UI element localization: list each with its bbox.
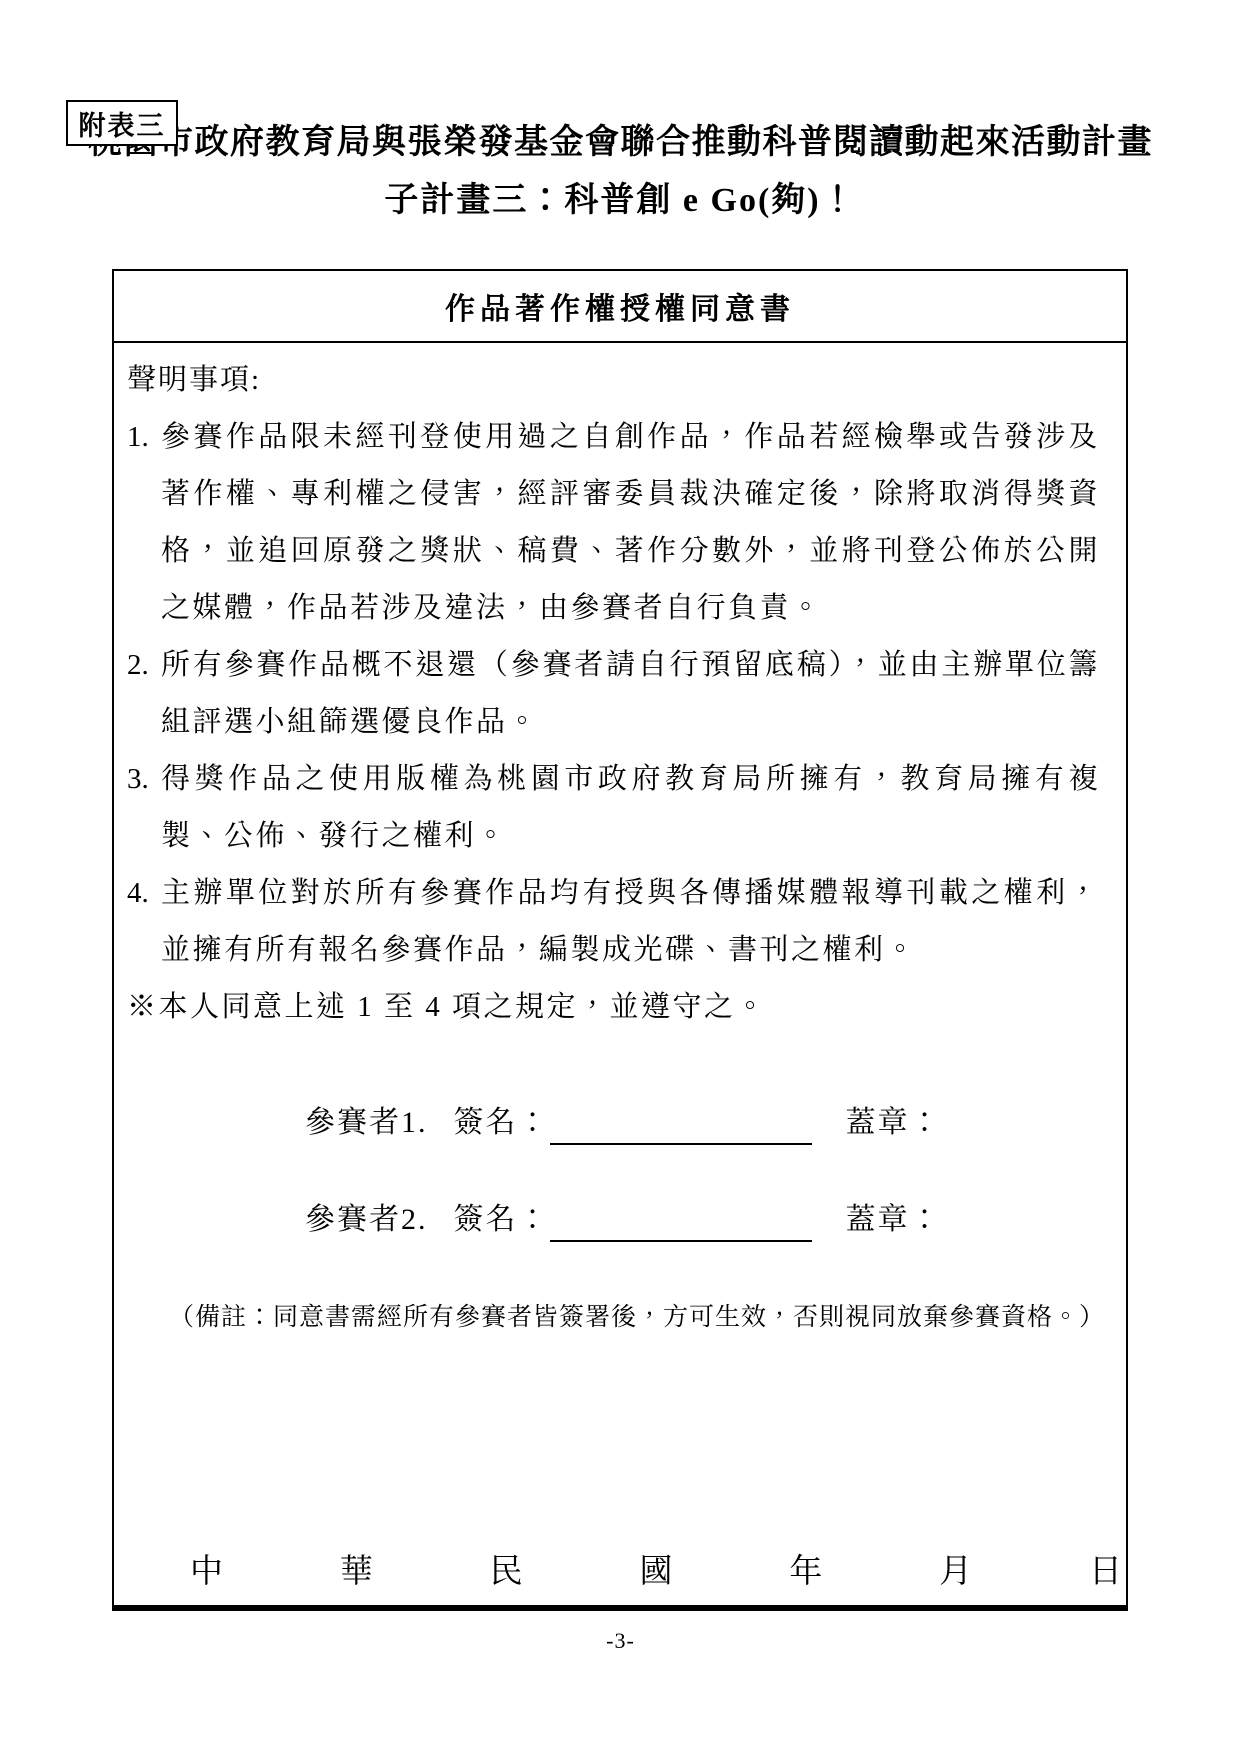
item-number: 3. [127,751,161,865]
form-title: 作品著作權授權同意書 [445,284,795,328]
item-number: 1. [127,409,161,637]
document-subtitle: 子計畫三：科普創 e Go(夠)！ [0,172,1241,221]
declaration-item-2: 2. 所有參賽作品概不退還（參賽者請自行預留底稿），並由主辦單位籌組評選小組篩選… [127,637,1100,751]
form-header: 作品著作權授權同意書 [114,271,1126,343]
document-title: 桃園市政府教育局與張榮發基金會聯合推動科普閱讀動起來活動計畫 [0,114,1241,163]
date-char-zhong: 中 [190,1545,223,1592]
date-char-year: 年 [789,1545,822,1592]
declaration-heading: 聲明事項: [127,352,1100,409]
consent-form-box: 作品著作權授權同意書 聲明事項: 1. 參賽作品限未經刊登使用過之自創作品，作品… [112,269,1128,1611]
agreement-statement: ※本人同意上述 1 至 4 項之規定，並遵守之。 [127,979,1100,1036]
date-char-guo: 國 [639,1545,672,1592]
sign-label: 簽名： [454,1197,550,1242]
item-number: 4. [127,865,161,979]
signature-row-2: 參賽者2. 簽名： 蓋章： [305,1197,1100,1242]
stamp-label: 蓋章： [846,1197,942,1242]
signature-blank-line [550,1202,812,1242]
date-char-min: 民 [490,1545,523,1592]
participant-2-label: 參賽者2. [305,1197,428,1242]
document-page: 附表三 桃園市政府教育局與張榮發基金會聯合推動科普閱讀動起來活動計畫 子計畫三：… [0,0,1241,1755]
item-text: 所有參賽作品概不退還（參賽者請自行預留底稿），並由主辦單位籌組評選小組篩選優良作… [161,637,1100,751]
appendix-label: 附表三 [79,104,166,143]
remark-note: （備註：同意書需經所有參賽者皆簽署後，方可生效，否則視同放棄參賽資格。） [169,1298,1100,1338]
signature-row-1: 參賽者1. 簽名： 蓋章： [305,1100,1100,1145]
declaration-item-3: 3. 得獎作品之使用版權為桃園市政府教育局所擁有，教育局擁有複製、公佈、發行之權… [127,751,1100,865]
signature-blank-line [550,1105,812,1145]
form-body: 聲明事項: 1. 參賽作品限未經刊登使用過之自創作品，作品若經檢舉或告發涉及著作… [114,343,1126,1338]
date-char-month: 月 [939,1545,972,1592]
page-number: -3- [0,1628,1241,1654]
participant-1-label: 參賽者1. [305,1100,428,1145]
item-text: 參賽作品限未經刊登使用過之自創作品，作品若經檢舉或告發涉及著作權、專利權之侵害，… [161,409,1100,637]
item-text: 得獎作品之使用版權為桃園市政府教育局所擁有，教育局擁有複製、公佈、發行之權利。 [161,751,1100,865]
sign-label: 簽名： [454,1100,550,1145]
stamp-label: 蓋章： [846,1100,942,1145]
item-number: 2. [127,637,161,751]
date-char-hua: 華 [340,1545,373,1592]
date-char-day: 日 [1089,1545,1122,1592]
item-text: 主辦單位對於所有參賽作品均有授與各傳播媒體報導刊載之權利，並擁有所有報名參賽作品… [161,865,1100,979]
appendix-label-box: 附表三 [66,100,178,146]
roc-date-row: 中 華 民 國 年 月 日 [190,1545,1122,1592]
document-title-block: 桃園市政府教育局與張榮發基金會聯合推動科普閱讀動起來活動計畫 子計畫三：科普創 … [0,114,1241,221]
declaration-item-4: 4. 主辦單位對於所有參賽作品均有授與各傳播媒體報導刊載之權利，並擁有所有報名參… [127,865,1100,979]
declaration-item-1: 1. 參賽作品限未經刊登使用過之自創作品，作品若經檢舉或告發涉及著作權、專利權之… [127,409,1100,637]
